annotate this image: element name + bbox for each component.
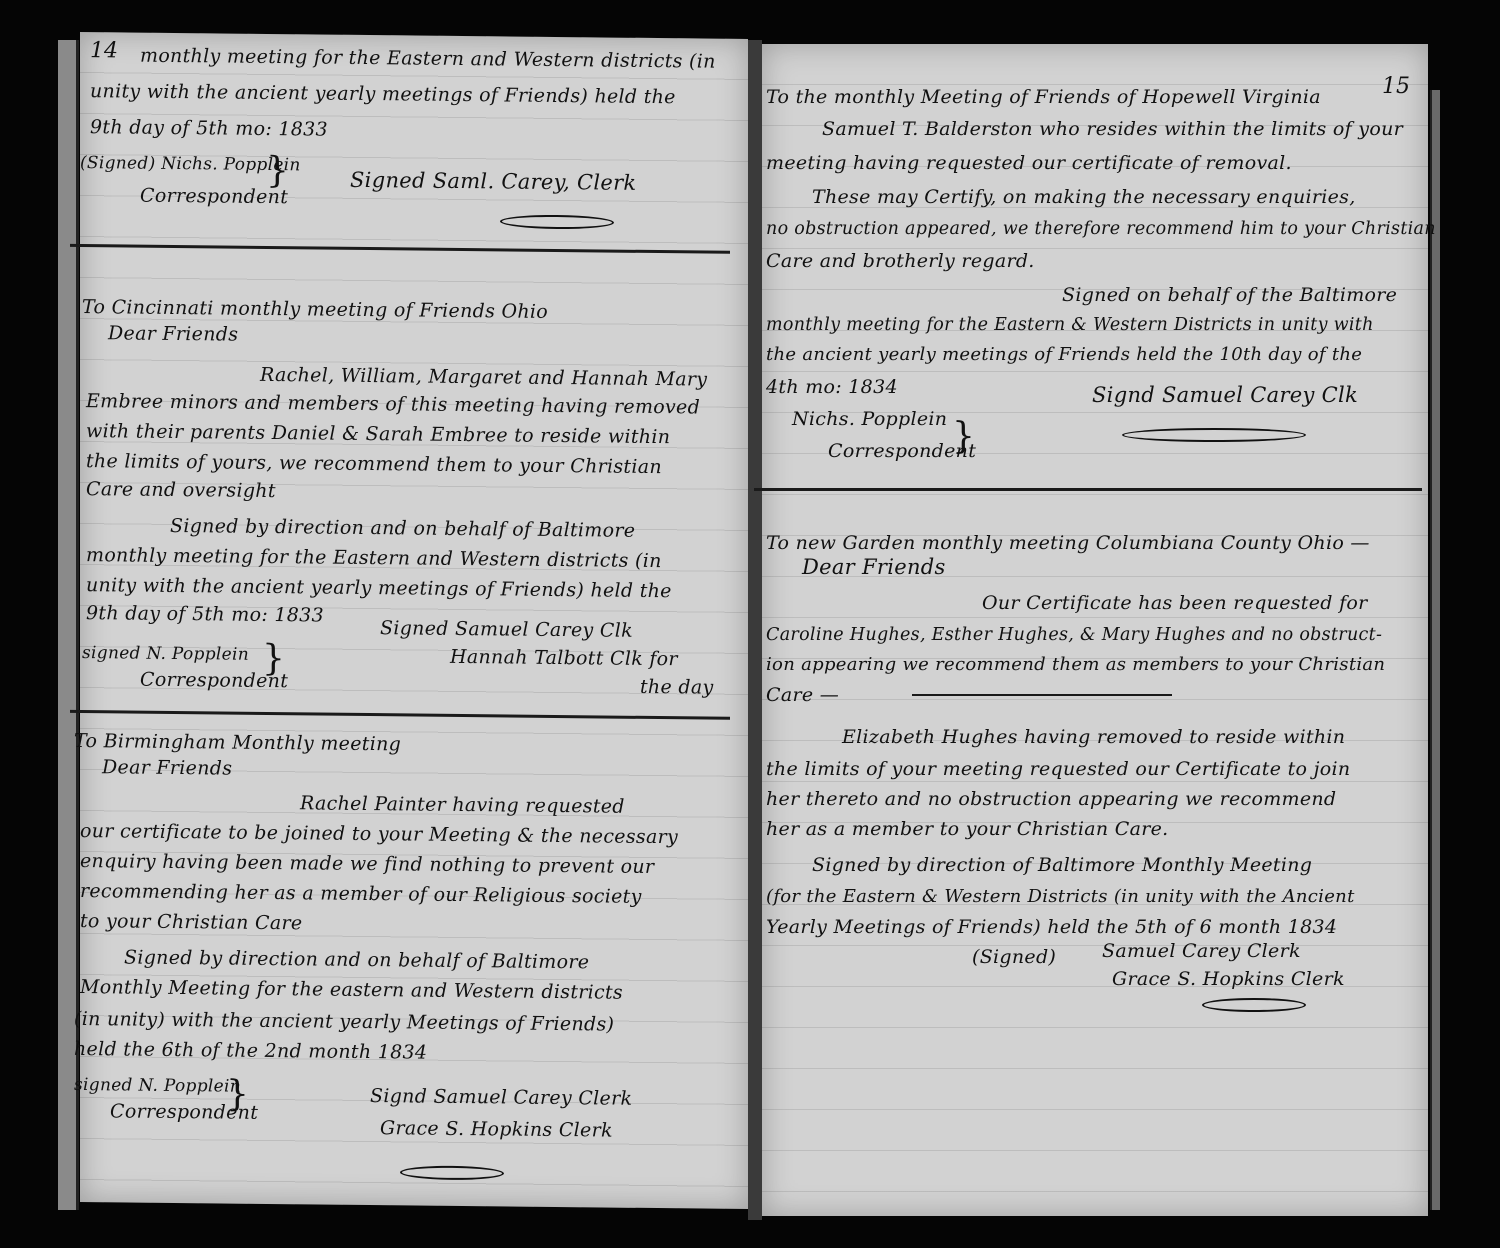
text-line: To Birmingham Monthly meeting — [74, 728, 401, 757]
text-line: the limits of yours, we recommend them t… — [86, 448, 662, 480]
text-line: ion appearing we recommend them as membe… — [766, 652, 1385, 678]
text-line: These may Certify, on making the necessa… — [812, 184, 1356, 210]
left-page: 14 monthly meeting for the Eastern and W… — [80, 32, 748, 1209]
divider-rule — [70, 244, 730, 254]
text-line: Rachel Painter having requested — [300, 790, 625, 819]
brace: } — [262, 638, 285, 679]
brace: } — [952, 416, 975, 457]
text-line: Yearly Meetings of Friends) held the 5th… — [766, 914, 1337, 940]
text-line: Care and oversight — [86, 476, 276, 504]
brace: } — [226, 1074, 249, 1115]
signature-left: Nichs. Popplein — [792, 406, 947, 432]
text-line: To the monthly Meeting of Friends of Hop… — [766, 84, 1321, 110]
text-line: 9th day of 5th mo: 1833 — [90, 114, 328, 142]
signature-right: Samuel Carey Clerk — [1102, 938, 1301, 964]
text-line: Care and brotherly regard. — [766, 248, 1035, 274]
book-spine — [748, 40, 762, 1220]
text-line: Rachel, William, Margaret and Hannah Mar… — [260, 362, 707, 393]
text-line: to your Christian Care — [80, 908, 302, 936]
signature-right: Signd Samuel Carey Clk — [1092, 382, 1358, 408]
signature-left: signed N. Popplein — [82, 640, 249, 668]
text-line: Signed by direction and on behalf of Bal… — [124, 944, 589, 975]
text-line: meeting having requested our certificate… — [766, 150, 1292, 176]
signature-right: Signed Samuel Carey Clk — [380, 615, 633, 644]
signature-left: signed N. Popplein — [74, 1072, 241, 1100]
text-line: enquiry having been made we find nothing… — [80, 848, 654, 880]
signature-right: Signd Samuel Carey Clerk — [370, 1083, 632, 1112]
flourish — [400, 1165, 504, 1180]
text-line: To new Garden monthly meeting Columbiana… — [766, 530, 1370, 556]
text-line: Embree minors and members of this meetin… — [86, 388, 700, 420]
text-line: Dear Friends — [102, 754, 232, 781]
text-line: no obstruction appeared, we therefore re… — [766, 216, 1436, 242]
text-line: 9th day of 5th mo: 1833 — [86, 600, 324, 628]
divider-rule — [912, 694, 1172, 696]
text-line: (in unity) with the ancient yearly Meeti… — [74, 1006, 614, 1038]
text-line: Dear Friends — [802, 554, 946, 580]
text-line: Signed on behalf of the Baltimore — [1062, 282, 1397, 308]
text-line: Care — — [766, 682, 839, 708]
signature-right: Grace S. Hopkins Clerk — [380, 1115, 613, 1143]
page-number: 15 — [1382, 74, 1410, 99]
text-line: the limits of your meeting requested our… — [766, 756, 1350, 782]
text-line: the ancient yearly meetings of Friends h… — [766, 342, 1362, 368]
text-line: Monthly Meeting for the eastern and West… — [80, 974, 623, 1006]
text-line: recommending her as a member of our Reli… — [80, 878, 642, 910]
divider-rule — [70, 710, 730, 720]
book-edge-right — [1430, 90, 1440, 1210]
text-line: our certificate to be joined to your Mee… — [80, 818, 678, 850]
text-line: Elizabeth Hughes having removed to resid… — [842, 724, 1345, 750]
text-line: Dear Friends — [108, 320, 238, 347]
text-line: monthly meeting for the Eastern and West… — [86, 542, 662, 574]
text-line: with their parents Daniel & Sarah Embree… — [86, 418, 670, 450]
text-line: Signed by direction and on behalf of Bal… — [170, 513, 635, 544]
signature-left: (Signed) — [972, 944, 1056, 970]
text-line: Signed by direction of Baltimore Monthly… — [812, 852, 1312, 878]
book-edge-left — [58, 40, 79, 1210]
flourish — [1202, 998, 1306, 1012]
page-number: 14 — [90, 38, 118, 63]
text-line: Samuel T. Balderston who resides within … — [822, 116, 1403, 142]
text-line: monthly meeting for the Eastern & Wester… — [766, 312, 1374, 338]
text-line: her thereto and no obstruction appearing… — [766, 786, 1336, 812]
signature-right: Grace S. Hopkins Clerk — [1112, 966, 1345, 992]
text-line: held the 6th of the 2nd month 1834 — [74, 1036, 427, 1066]
flourish — [1122, 428, 1306, 442]
signature-right: the day — [640, 674, 713, 701]
text-line: 4th mo: 1834 — [766, 374, 898, 400]
signature-right: Signed Saml. Carey, Clerk — [350, 167, 636, 196]
text-line: Caroline Hughes, Esther Hughes, & Mary H… — [766, 622, 1382, 648]
right-page: 15 To the monthly Meeting of Friends of … — [762, 44, 1428, 1216]
text-line: unity with the ancient yearly meetings o… — [90, 78, 676, 110]
text-line: (for the Eastern & Western Districts (in… — [766, 884, 1355, 910]
text-line: Our Certificate has been requested for — [982, 590, 1368, 616]
signature-right: Hannah Talbott Clk for — [450, 644, 678, 672]
text-line: her as a member to your Christian Care. — [766, 816, 1168, 842]
brace: } — [266, 150, 289, 191]
text-line: unity with the ancient yearly meetings o… — [86, 572, 672, 604]
flourish — [500, 214, 614, 229]
text-line: monthly meeting for the Eastern and West… — [140, 43, 716, 75]
divider-rule — [754, 488, 1422, 491]
